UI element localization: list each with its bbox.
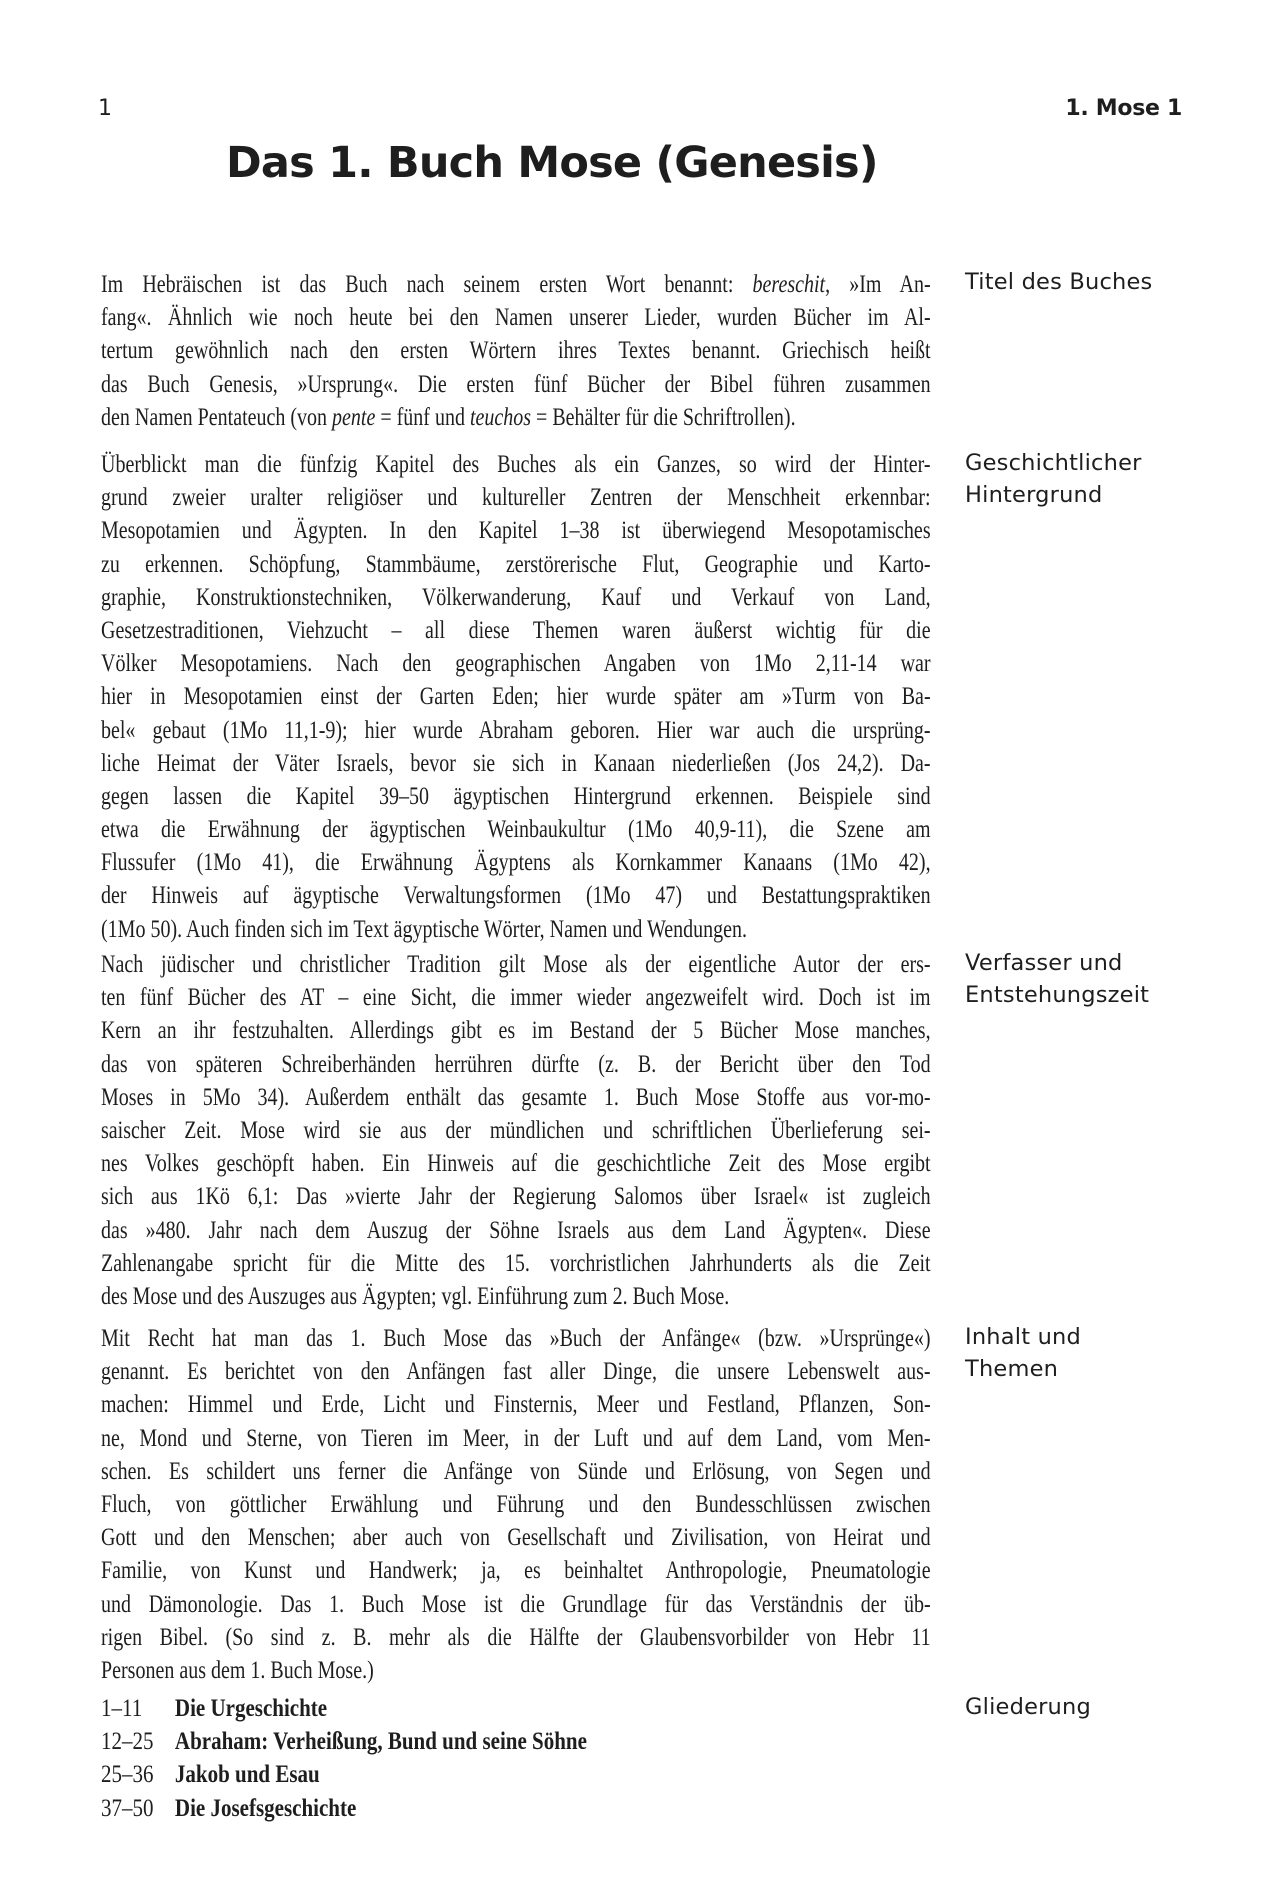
margin-heading-line: Geschichtlicher [965,447,1195,479]
text-line: Familie, von Kunst und Handwerk; ja, es … [101,1554,931,1587]
text-line: bel« gebaut (1Mo 11,1-9); hier wurde Abr… [101,714,931,747]
outline-item: 12–25 Abraham: Verheißung, Bund und sein… [101,1725,587,1758]
margin-heading-line: Inhalt und [965,1321,1195,1353]
text-line: schen. Es schildert uns ferner die Anfän… [101,1455,931,1488]
text-line: das von späteren Schreiberhänden herrühr… [101,1048,931,1081]
text-line: und Dämonologie. Das 1. Buch Mose ist di… [101,1588,931,1621]
paragraph: Überblickt man die fünfzig Kapitel des B… [101,448,931,946]
chapter-range: 25–36 [101,1758,175,1791]
text-line: der Hinweis auf ägyptische Verwaltungsfo… [101,879,931,912]
margin-heading: Titel des Buches [965,266,1195,298]
text-line: machen: Himmel und Erde, Licht und Finst… [101,1388,931,1421]
outline-title: Jakob und Esau [175,1758,320,1791]
margin-heading-gliederung: Gliederung [965,1691,1195,1723]
running-head: 1. Mose 1 [1065,96,1182,121]
text-line: tertum gewöhnlich nach den ersten Wörter… [101,334,931,367]
chapter-range: 12–25 [101,1725,175,1758]
margin-heading-line: Entstehungszeit [965,979,1195,1011]
text-line: graphie, Konstruktionstechniken, Völkerw… [101,581,931,614]
text-line: des Mose und des Auszuges aus Ägypten; v… [101,1280,931,1313]
margin-heading-line: Titel des Buches [965,266,1195,298]
text-line: das »480. Jahr nach dem Auszug der Söhne… [101,1214,931,1247]
text-line: Gesetzestraditionen, Viehzucht – all die… [101,614,931,647]
text-line: (1Mo 50). Auch finden sich im Text ägypt… [101,913,931,946]
text-line: fang«. Ähnlich wie noch heute bei den Na… [101,301,931,334]
text-line: Personen aus dem 1. Buch Mose.) [101,1654,931,1687]
margin-heading: Verfasser und Entstehungszeit [965,947,1195,1011]
text-line: Mit Recht hat man das 1. Buch Mose das »… [101,1322,931,1355]
margin-heading: Inhalt und Themen [965,1321,1195,1385]
book-title: Das 1. Buch Mose (Genesis) [226,138,878,188]
outline-title: Abraham: Verheißung, Bund und seine Söhn… [175,1725,587,1758]
outline-item: 37–50 Die Josefsgeschichte [101,1792,587,1825]
text-line: gegen lassen die Kapitel 39–50 ägyptisch… [101,780,931,813]
text-line: Überblickt man die fünfzig Kapitel des B… [101,448,931,481]
text-line: Nach jüdischer und christlicher Traditio… [101,948,931,981]
text-line: saischer Zeit. Mose wird sie aus der mün… [101,1114,931,1147]
text-line: das Buch Genesis, »Ursprung«. Die ersten… [101,368,931,401]
paragraph: Im Hebräischen ist das Buch nach seinem … [101,268,931,434]
text-line: zu erkennen. Schöpfung, Stammbäume, zers… [101,548,931,581]
margin-heading-line: Themen [965,1353,1195,1385]
margin-heading-line: Verfasser und [965,947,1195,979]
text-line: rigen Bibel. (So sind z. B. mehr als die… [101,1621,931,1654]
text-line: Mesopotamien und Ägypten. In den Kapitel… [101,514,931,547]
margin-heading: Geschichtlicher Hintergrund [965,447,1195,511]
text-line: Flussufer (1Mo 41), die Erwähnung Ägypte… [101,846,931,879]
paragraph: Mit Recht hat man das 1. Buch Mose das »… [101,1322,931,1687]
text-line: Völker Mesopotamiens. Nach den geographi… [101,647,931,680]
text-line: liche Heimat der Väter Israels, bevor si… [101,747,931,780]
text-line: ne, Mond und Sterne, von Tieren im Meer,… [101,1422,931,1455]
chapter-range: 1–11 [101,1692,175,1725]
italic-term: teuchos [470,404,531,431]
paragraph: Nach jüdischer und christlicher Traditio… [101,948,931,1313]
text-line: etwa die Erwähnung der ägyptischen Weinb… [101,813,931,846]
text-line: nes Volkes geschöpft haben. Ein Hinweis … [101,1147,931,1180]
text-line: Kern an ihr festzuhalten. Allerdings gib… [101,1014,931,1047]
outline-item: 1–11 Die Urgeschichte [101,1692,587,1725]
text-line: ten fünf Bücher des AT – eine Sicht, die… [101,981,931,1014]
text-line: Fluch, von göttlicher Erwählung und Führ… [101,1488,931,1521]
italic-term: bereschit [753,271,826,298]
text-line: Moses in 5Mo 34). Außerdem enthält das g… [101,1081,931,1114]
outline-title: Die Josefsgeschichte [175,1792,356,1825]
text-line: Gott und den Menschen; aber auch von Ges… [101,1521,931,1554]
text-line: genannt. Es berichtet von den Anfängen f… [101,1355,931,1388]
text-line: sich aus 1Kö 6,1: Das »vierte Jahr der R… [101,1180,931,1213]
page-number: 1 [98,96,112,121]
margin-heading-line: Hintergrund [965,479,1195,511]
italic-term: pente [332,404,375,431]
text-line: hier in Mesopotamien einst der Garten Ed… [101,680,931,713]
text-line: den Namen Pentateuch (von pente = fünf u… [101,401,931,434]
text-line: grund zweier uralter religiöser und kult… [101,481,931,514]
outline-list: 1–11 Die Urgeschichte 12–25 Abraham: Ver… [101,1692,679,1825]
outline-item: 25–36 Jakob und Esau [101,1758,587,1791]
chapter-range: 37–50 [101,1792,175,1825]
text-line: Zahlenangabe spricht für die Mitte des 1… [101,1247,931,1280]
outline-title: Die Urgeschichte [175,1692,327,1725]
text-line: Im Hebräischen ist das Buch nach seinem … [101,268,931,301]
